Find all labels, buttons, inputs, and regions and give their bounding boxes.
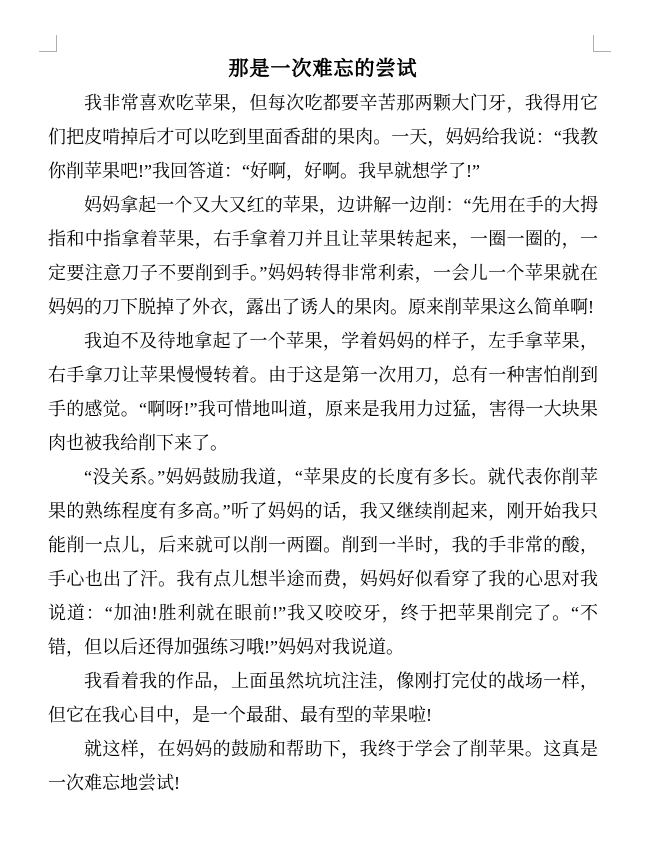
- margin-crop-mark-top-right-icon: [593, 35, 611, 52]
- document-body: 那是一次难忘的尝试 我非常喜欢吃苹果，但每次吃都要辛苦那两颗大门牙，我得用它们把…: [48, 52, 598, 800]
- essay-title: 那是一次难忘的尝试: [48, 52, 598, 86]
- essay-paragraph: 妈妈拿起一个又大又红的苹果，边讲解一边削：“先用在手的大拇指和中指拿着苹果，右手…: [48, 188, 598, 324]
- essay-paragraph: 我非常喜欢吃苹果，但每次吃都要辛苦那两颗大门牙，我得用它们把皮啃掉后才可以吃到里…: [48, 86, 598, 188]
- essay-paragraph: “没关系。”妈妈鼓励我道，“苹果皮的长度有多长。就代表你削苹果的熟练程度有多高。…: [48, 460, 598, 664]
- document-page: 那是一次难忘的尝试 我非常喜欢吃苹果，但每次吃都要辛苦那两颗大门牙，我得用它们把…: [0, 0, 647, 843]
- essay-paragraph: 我看着我的作品，上面虽然坑坑注洼，像刚打完仗的战场一样，但它在我心目中，是一个最…: [48, 664, 598, 732]
- margin-crop-mark-top-left-icon: [39, 35, 57, 52]
- essay-paragraph: 就这样，在妈妈的鼓励和帮助下，我终于学会了削苹果。这真是一次难忘地尝试!: [48, 732, 598, 800]
- essay-paragraph: 我迫不及待地拿起了一个苹果，学着妈妈的样子，左手拿苹果，右手拿刀让苹果慢慢转着。…: [48, 324, 598, 460]
